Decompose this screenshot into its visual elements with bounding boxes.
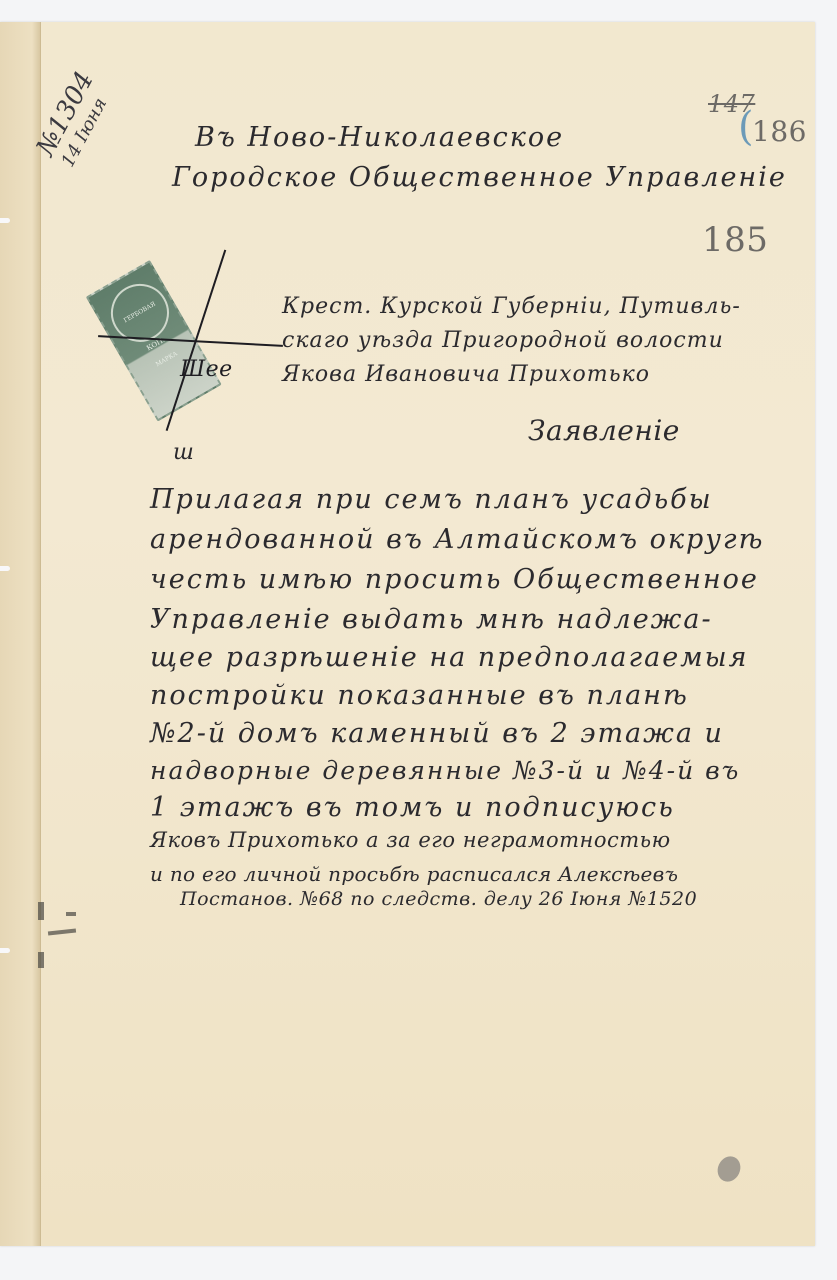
signature-line: и по его личной просьбѣ расписался Алекс…	[150, 862, 678, 886]
punch-hole	[0, 566, 10, 571]
body-line: №2-й домъ каменный въ 2 этажа и	[150, 718, 724, 749]
document-sheet: №1304 14 Іюня Въ Ново-Николаевское Город…	[0, 22, 815, 1246]
addressee-line-2: Городское Общественное Управленіе	[172, 162, 787, 193]
document-title: Заявленіе	[528, 414, 680, 447]
body-line: 1 этажъ въ томъ и подписуюсь	[150, 792, 675, 823]
folio-second-number: 185	[702, 220, 768, 260]
margin-note: ш	[173, 440, 194, 465]
folio-new-number: 186	[752, 115, 807, 148]
addressee-line-1: Въ Ново-Николаевское	[195, 122, 564, 153]
binding-strip	[0, 22, 41, 1246]
punch-hole	[0, 218, 10, 223]
body-line: Прилагая при семъ планъ усадьбы	[150, 484, 713, 515]
body-line: надворные деревянные №3-й и №4-й въ	[150, 756, 740, 785]
ink-smudge	[48, 929, 76, 936]
body-line: постройки показанные въ планѣ	[150, 680, 689, 711]
body-line: Управленіе выдать мнѣ надлежа-	[150, 604, 713, 635]
ink-smudge	[38, 902, 44, 920]
petitioner-line-1: Крест. Курской Губерніи, Путивль-	[282, 294, 741, 319]
stamp-cancel-initials: Шее	[180, 357, 233, 382]
ink-smudge	[38, 952, 44, 968]
body-line: честь имѣю просить Общественное	[150, 564, 759, 595]
signature-line: Яковъ Прихотько а за его неграмотностью	[150, 828, 671, 852]
ink-smudge	[66, 912, 76, 916]
body-line: арендованной въ Алтайскомъ округѣ	[150, 524, 764, 555]
ink-blot	[714, 1153, 745, 1186]
petitioner-line-2: скаго уѣзда Пригородной волости	[282, 328, 724, 353]
body-line: щее разрѣшеніе на предполагаемыя	[150, 642, 748, 673]
punch-hole	[0, 948, 10, 953]
petitioner-line-3: Якова Ивановича Прихотько	[282, 362, 650, 387]
resolution-note: Постанов. №68 по следств. делу 26 Іюня №…	[180, 888, 697, 910]
